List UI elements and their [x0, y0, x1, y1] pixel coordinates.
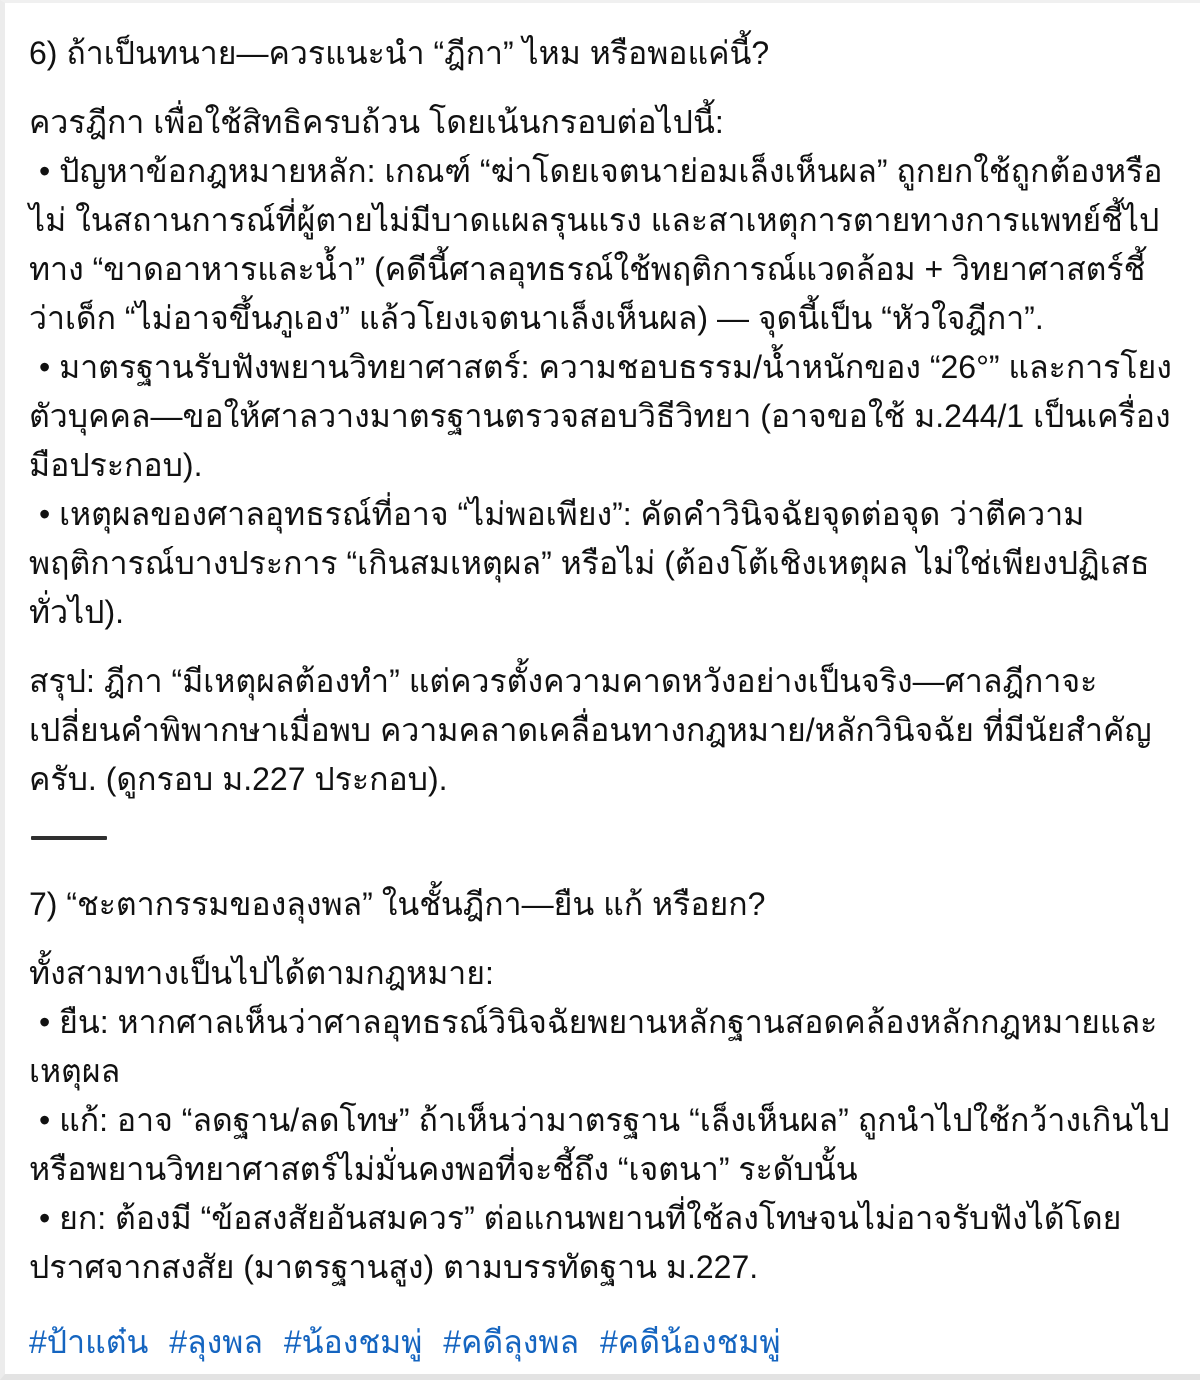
section7-heading: 7) “ชะตากรรมของลุงพล” ในชั้นฎีกา—ยืน แก้… — [29, 880, 1172, 929]
section6-bullet-scientific-evidence: • มาตรฐานรับฟังพยานวิทยาศาสตร์: ความชอบธ… — [29, 343, 1172, 490]
section7-bullet-affirm: • ยืน: หากศาลเห็นว่าศาลอุทธรณ์วินิจฉัยพย… — [29, 998, 1172, 1096]
post-content: 6) ถ้าเป็นทนาย—ควรแนะนำ “ฎีกา” ไหม หรือพ… — [5, 3, 1200, 1367]
section6-intro: ควรฎีกา เพื่อใช้สิทธิครบถ้วน โดยเน้นกรอบ… — [29, 98, 1172, 147]
section6-bullet-legal-issue: • ปัญหาข้อกฎหมายหลัก: เกณฑ์ “ฆ่าโดยเจตนา… — [29, 147, 1172, 343]
section7-bullet-acquit: • ยก: ต้องมี “ข้อสงสัยอันสมควร” ต่อแกนพย… — [29, 1194, 1172, 1292]
hashtag-link-case-lung-phon[interactable]: #คดีลุงพล — [443, 1324, 579, 1360]
hashtag-row: #ป้าแต๋น #ลุงพล #น้องชมพู่ #คดีลุงพล #คด… — [29, 1318, 1172, 1367]
hashtag-link-lung-phon[interactable]: #ลุงพล — [169, 1324, 263, 1360]
section6-body: ควรฎีกา เพื่อใช้สิทธิครบถ้วน โดยเน้นกรอบ… — [29, 98, 1172, 637]
post-page: 6) ถ้าเป็นทนาย—ควรแนะนำ “ฎีกา” ไหม หรือพ… — [0, 0, 1200, 1380]
section7-body: ทั้งสามทางเป็นไปได้ตามกฎหมาย: • ยืน: หาก… — [29, 949, 1172, 1292]
hashtag-link-nong-chompoo[interactable]: #น้องชมพู่ — [284, 1324, 422, 1360]
section7-intro: ทั้งสามทางเป็นไปได้ตามกฎหมาย: — [29, 949, 1172, 998]
section7-bullet-amend: • แก้: อาจ “ลดฐาน/ลดโทษ” ถ้าเห็นว่ามาตรฐ… — [29, 1096, 1172, 1194]
hashtag-link-pa-taen[interactable]: #ป้าแต๋น — [29, 1324, 148, 1360]
section6-bullet-appeal-court-reasoning: • เหตุผลของศาลอุทธรณ์ที่อาจ “ไม่พอเพียง”… — [29, 490, 1172, 637]
section6-summary: สรุป: ฎีกา “มีเหตุผลต้องทำ” แต่ควรตั้งคว… — [29, 657, 1172, 804]
section6-heading: 6) ถ้าเป็นทนาย—ควรแนะนำ “ฎีกา” ไหม หรือพ… — [29, 29, 1172, 78]
hashtag-link-case-nong-chompoo[interactable]: #คดีน้องชมพู่ — [600, 1324, 781, 1360]
section-divider — [31, 836, 107, 840]
